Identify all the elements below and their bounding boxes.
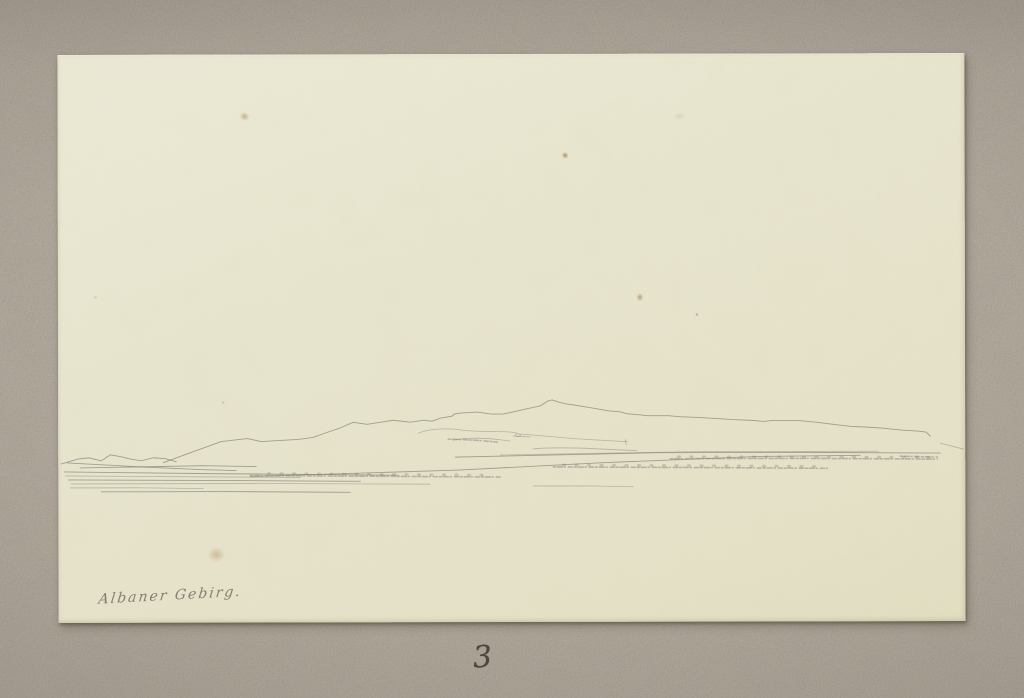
mountain-ridge	[163, 399, 930, 463]
paper-sheet: Albaner Gebirg.	[57, 53, 965, 623]
distant-left-hills	[61, 455, 176, 464]
handwritten-sheet-number: 3	[472, 639, 493, 675]
foreground-plain-lines	[64, 443, 963, 493]
pencil-sketch-svg	[57, 53, 965, 623]
artwork-photo: Albaner Gebirg. 3	[0, 0, 1024, 698]
plain-texture-bands	[250, 456, 937, 477]
under-ridge-contours	[418, 428, 637, 451]
